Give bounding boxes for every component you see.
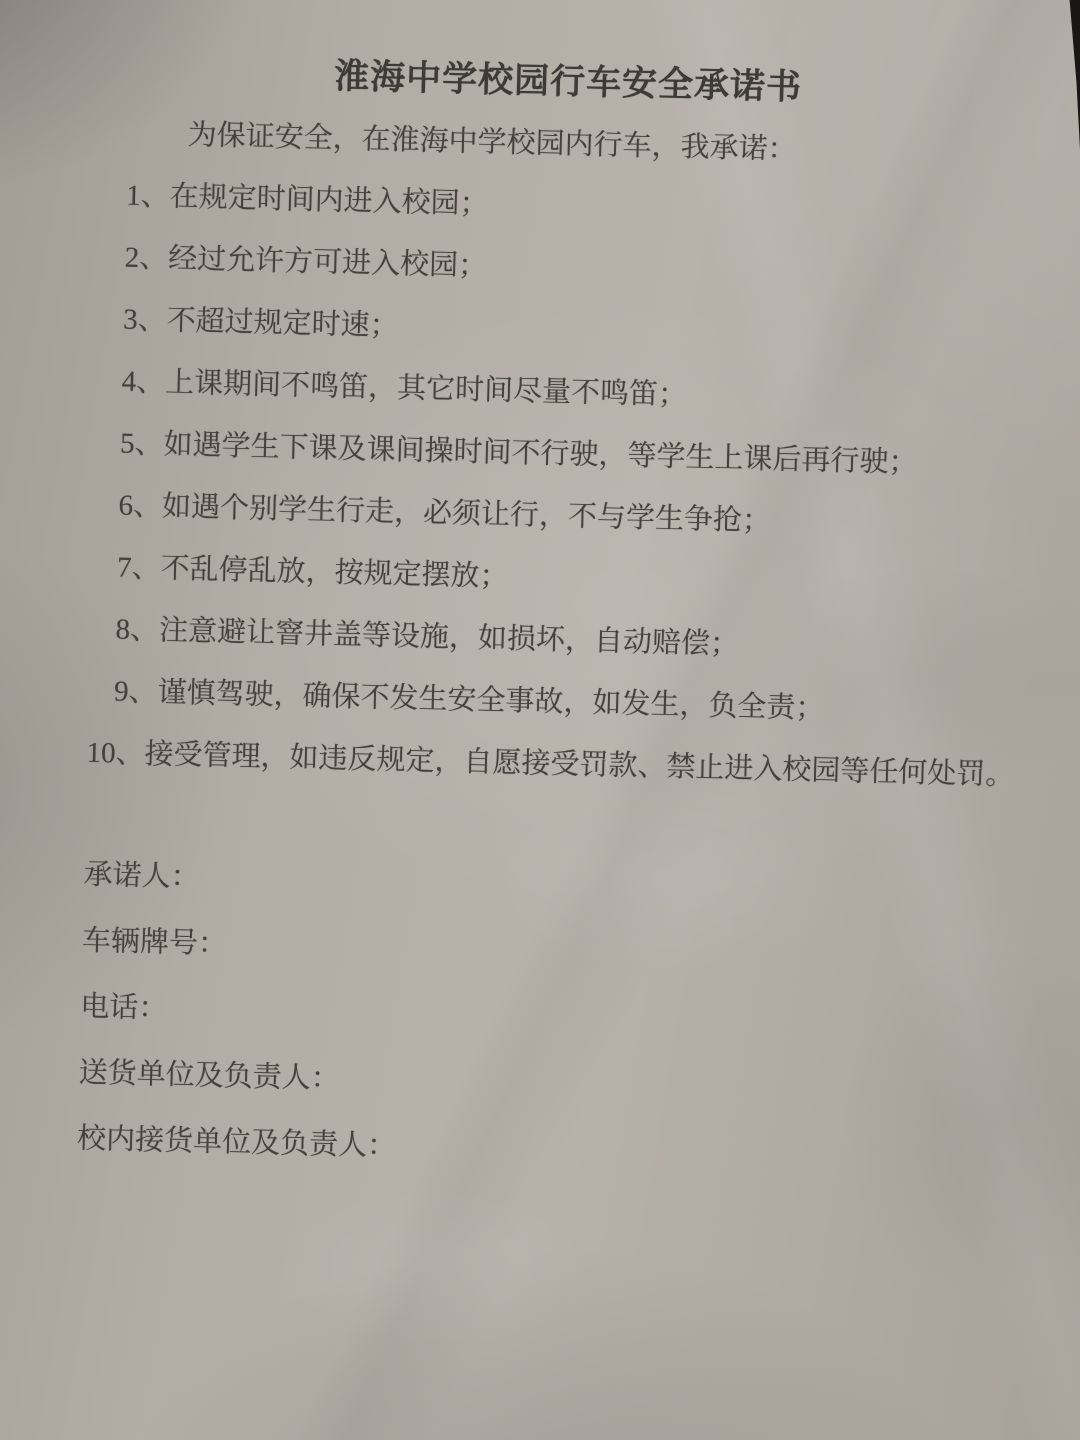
document-photo: 淮海中学校园行车安全承诺书 为保证安全，在淮海中学校园内行车，我承诺： 1、在规… <box>0 0 1080 1440</box>
commitment-letter: 淮海中学校园行车安全承诺书 为保证安全，在淮海中学校园内行车，我承诺： 1、在规… <box>76 40 1033 1194</box>
photo-background-sliver <box>1064 0 1080 150</box>
promise-list: 1、在规定时间内进入校园； 2、经过允许方可进入校园； 3、不超过规定时速； 4… <box>86 164 1031 807</box>
signature-block: 承诺人： 车辆牌号： 电话： 送货单位及负责人： 校内接货单位及负责人： <box>76 842 1014 1195</box>
